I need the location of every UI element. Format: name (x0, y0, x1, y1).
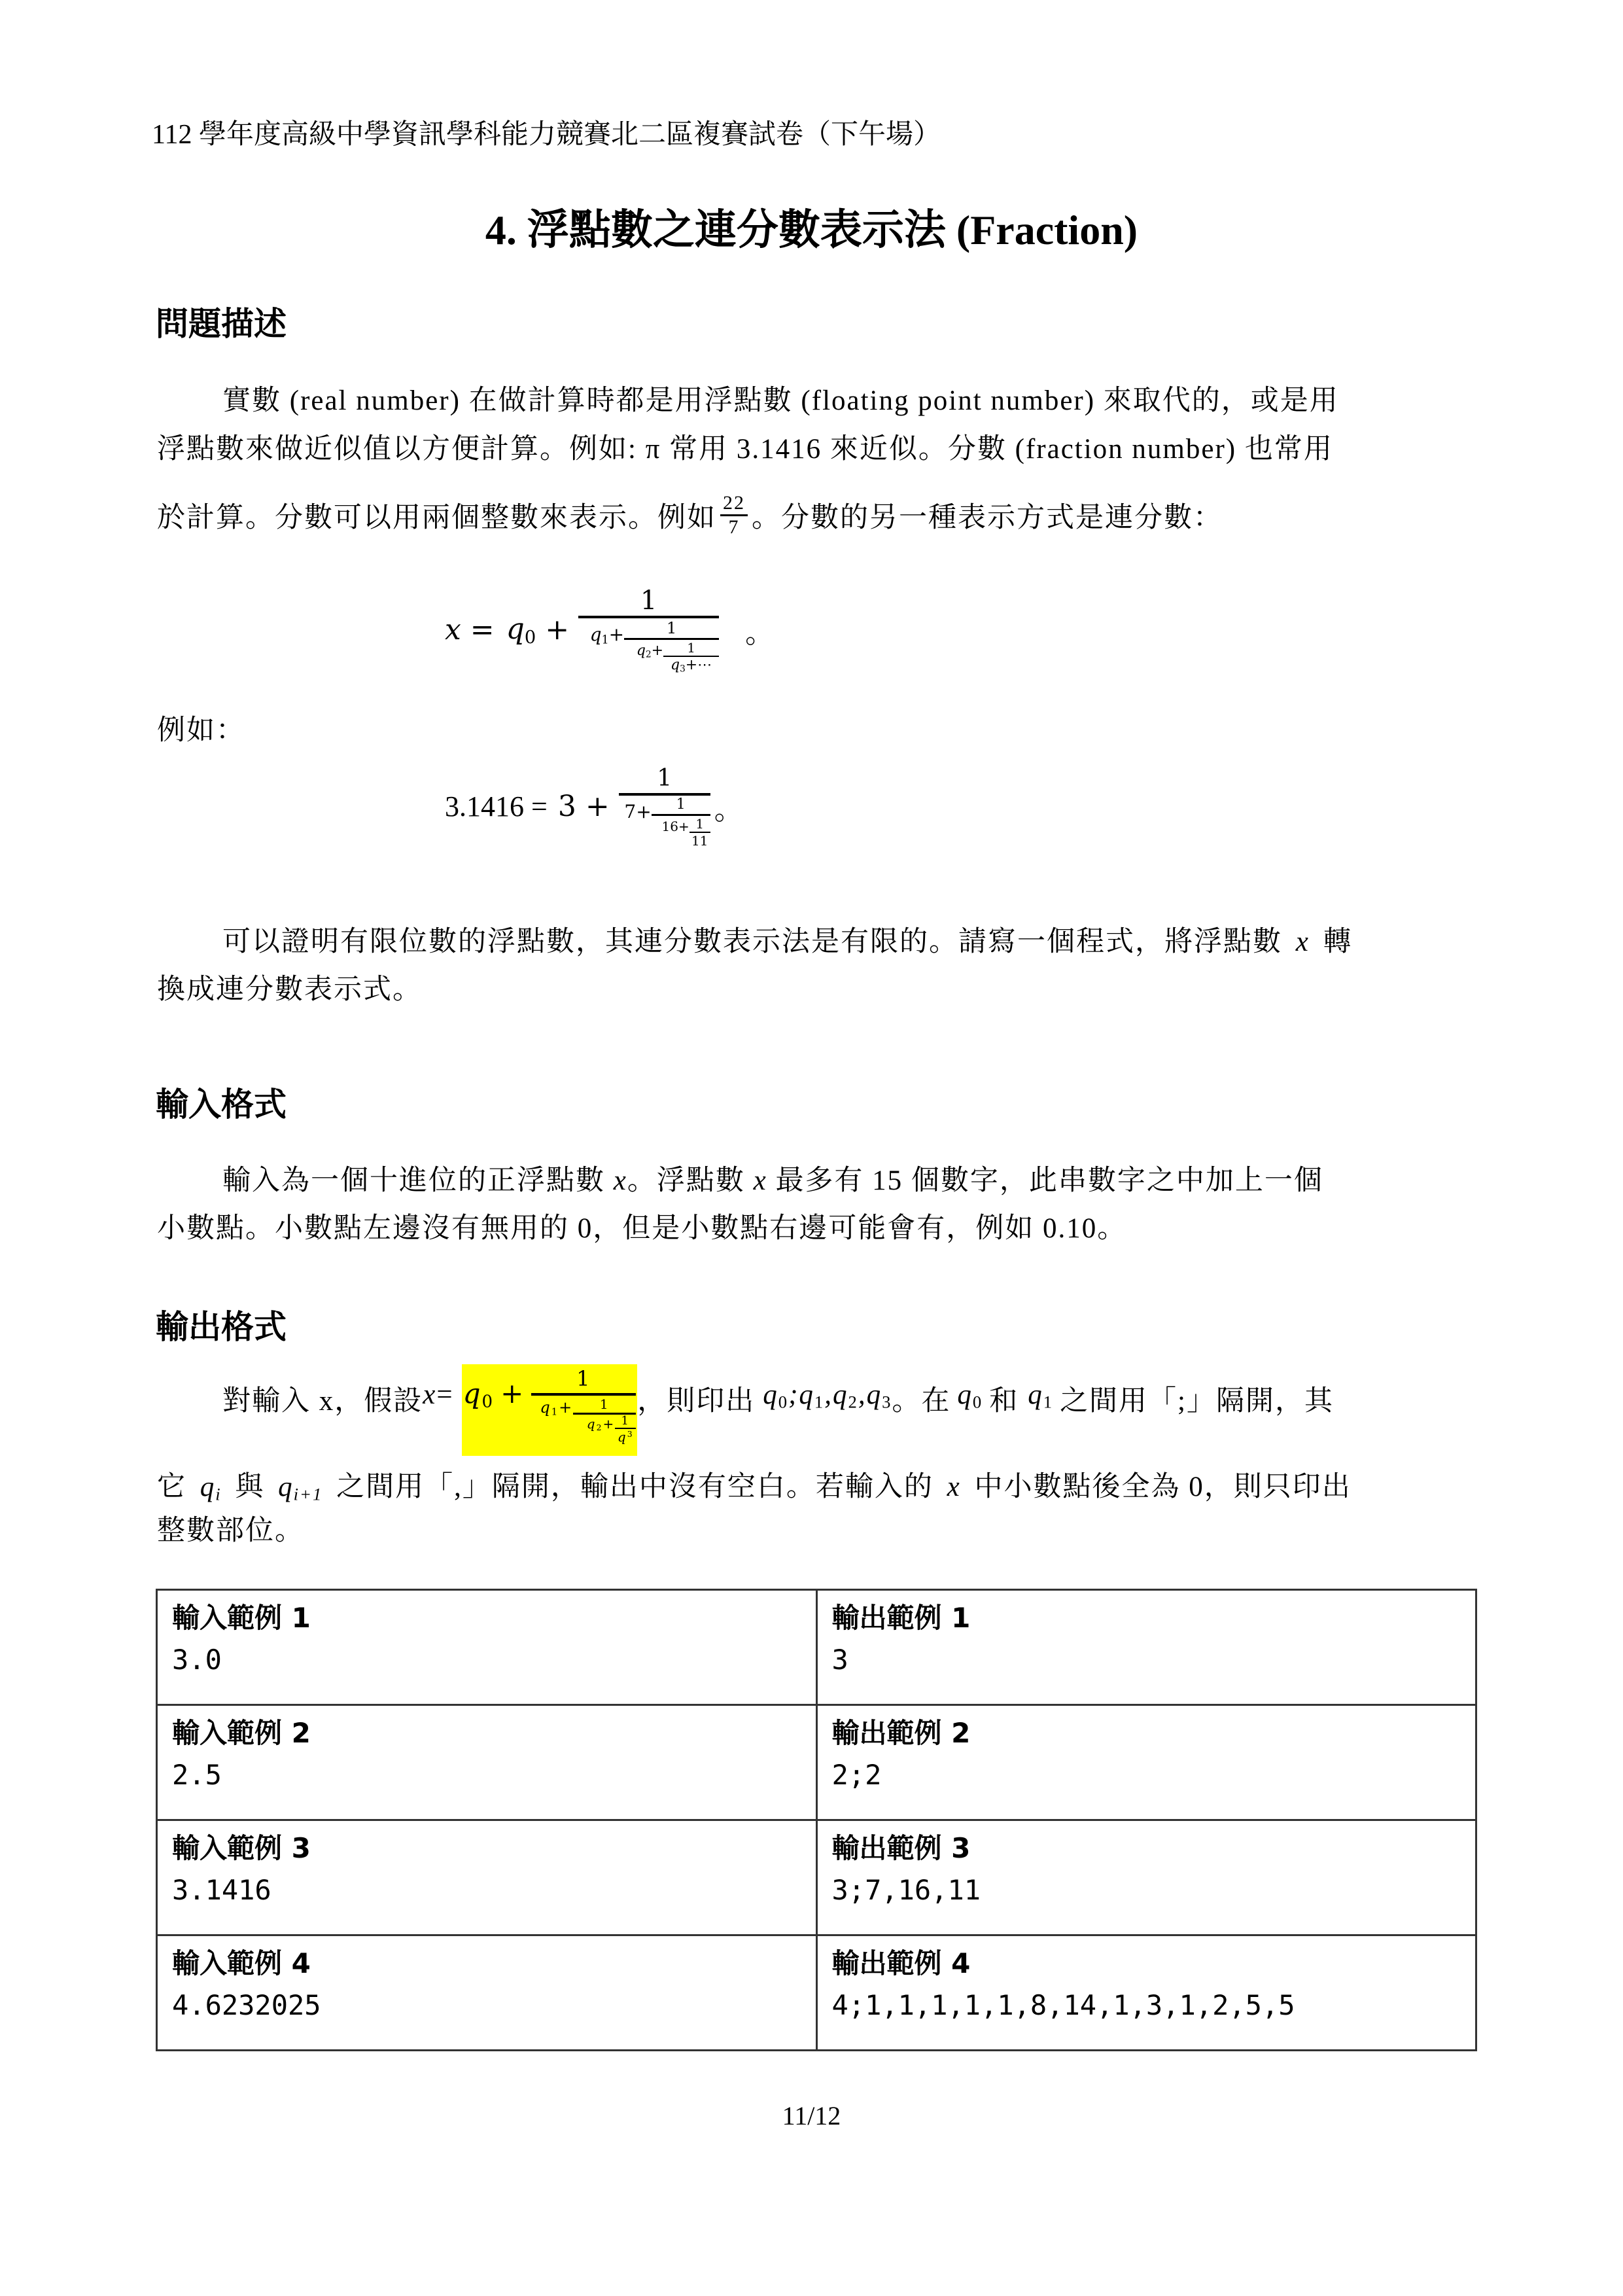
formula-end-mark: 。 (714, 786, 743, 828)
sample-input-cell: 輸入範例 33.1416 (157, 1820, 817, 1935)
closing-line-1: 可以證明有限位數的浮點數，其連分數表示法是有限的。請寫一個程式，將浮點數 x 轉 (222, 919, 1353, 959)
example-a0: 3 (558, 790, 576, 823)
sample-input-cell: 輸入範例 22.5 (157, 1705, 817, 1820)
example-lhs: 3.1416 = (445, 790, 548, 823)
table-row: 輸入範例 22.5 輸出範例 22;2 (157, 1705, 1476, 1820)
sample-output-cell: 輸出範例 44;1,1,1,1,1,8,14,1,3,1,2,5,5 (816, 1935, 1476, 2051)
denominator-1: q1 + 1 q2 + 1 q3+⋯ (578, 618, 719, 674)
output-format-line-3: 整數部位。 (157, 1508, 304, 1548)
sample-output-cell: 輸出範例 33;7,16,11 (816, 1820, 1476, 1935)
fraction-numerator: 22 (720, 492, 748, 516)
page-header: 112 學年度高級中學資訊學科能力競賽北二區複賽試卷（下午場） (152, 113, 941, 152)
fraction-22-7: 22 7 (720, 492, 748, 539)
page-number: 11/12 (0, 2100, 1623, 2131)
sample-output-cell: 輸出範例 13 (816, 1590, 1476, 1705)
heading-problem-description: 問題描述 (156, 298, 287, 345)
input-format-line-1: 輸入為一個十進位的正浮點數 x。浮點數 x 最多有 15 個數字，此串數字之中加… (222, 1158, 1323, 1198)
heading-output-format: 輸出格式 (156, 1301, 287, 1348)
example-fraction-level-1: 1 7 + 1 16 + 1 11 (619, 764, 710, 849)
problem-line-2: 浮點數來做近似值以方便計算。例如: π 常用 3.1416 來近似。分數 (fr… (157, 427, 1333, 467)
fraction-level-1: 1 q1 + 1 q2 + 1 q3+⋯ (578, 586, 719, 674)
table-row: 輸入範例 44.6232025 輸出範例 44;1,1,1,1,1,8,14,1… (157, 1935, 1476, 2051)
formula-end-mark: 。 (745, 609, 774, 651)
problem-line-1: 實數 (real number) 在做計算時都是用浮點數 (floating p… (222, 378, 1339, 418)
problem-line-3-text: 於計算。分數可以用兩個整數來表示。例如 (157, 495, 716, 535)
problem-line-3-tail: 。分數的另一種表示方式是連分數： (752, 495, 1223, 535)
fraction-level-2: 1 q2 + 1 q3+⋯ (624, 618, 719, 674)
highlighted-formula: q0;q1,q2,q3q0 + 1 q1+ 1 q2+ 1q3 (462, 1364, 638, 1456)
closing-line-2: 換成連分數表示式。 (157, 967, 422, 1007)
formula-continued-fraction-example: 3.1416 = 3 + 1 7 + 1 16 + 1 11 。 (445, 764, 743, 849)
problem-line-3: 於計算。分數可以用兩個整數來表示。例如 22 7 。分數的另一種表示方式是連分數… (157, 492, 1223, 539)
example-fraction-level-3: 1 11 (689, 816, 710, 849)
example-fraction-level-2: 1 16 + 1 11 (652, 796, 710, 849)
highlight-fraction: 1 q1+ 1 q2+ 1q3 (531, 1364, 636, 1445)
q0-term: q0 (506, 612, 536, 648)
input-format-line-2: 小數點。小數點左邊沒有無用的 0，但是小數點右邊可能會有，例如 0.10。 (157, 1206, 1126, 1246)
output-format-line-2: 它 qi 與 qi+1 之間用「,」隔開，輸出中沒有空白。若輸入的 x 中小數點… (157, 1464, 1352, 1505)
formula-continued-fraction-general: x = q0 + 1 q1 + 1 q2 + 1 q3+⋯ 。 (445, 586, 774, 674)
numerator-1: 1 (578, 586, 719, 618)
output-format-line-1: 對輸入 x，假設 x = q0;q1,q2,q3q0 + 1 q1+ 1 q2+… (222, 1364, 1334, 1456)
sample-input-cell: 輸入範例 13.0 (157, 1590, 817, 1705)
plus-sign: + (585, 790, 610, 823)
table-row: 輸入範例 13.0 輸出範例 13 (157, 1590, 1476, 1705)
problem-title: 4. 浮點數之連分數表示法 (Fraction) (0, 196, 1623, 256)
table-row: 輸入範例 33.1416 輸出範例 33;7,16,11 (157, 1820, 1476, 1935)
fraction-level-3: 1 q3+⋯ (663, 640, 719, 674)
heading-input-format: 輸入格式 (156, 1078, 287, 1125)
samples-table: 輸入範例 13.0 輸出範例 13 輸入範例 22.5 輸出範例 22;2 輸入… (156, 1589, 1477, 2051)
fraction-denominator: 7 (720, 516, 748, 539)
example-label: 例如： (157, 708, 245, 748)
sample-output-cell: 輸出範例 22;2 (816, 1705, 1476, 1820)
plus-sign: + (545, 613, 569, 646)
sample-input-cell: 輸入範例 44.6232025 (157, 1935, 817, 2051)
formula-lhs: x = (445, 613, 495, 646)
